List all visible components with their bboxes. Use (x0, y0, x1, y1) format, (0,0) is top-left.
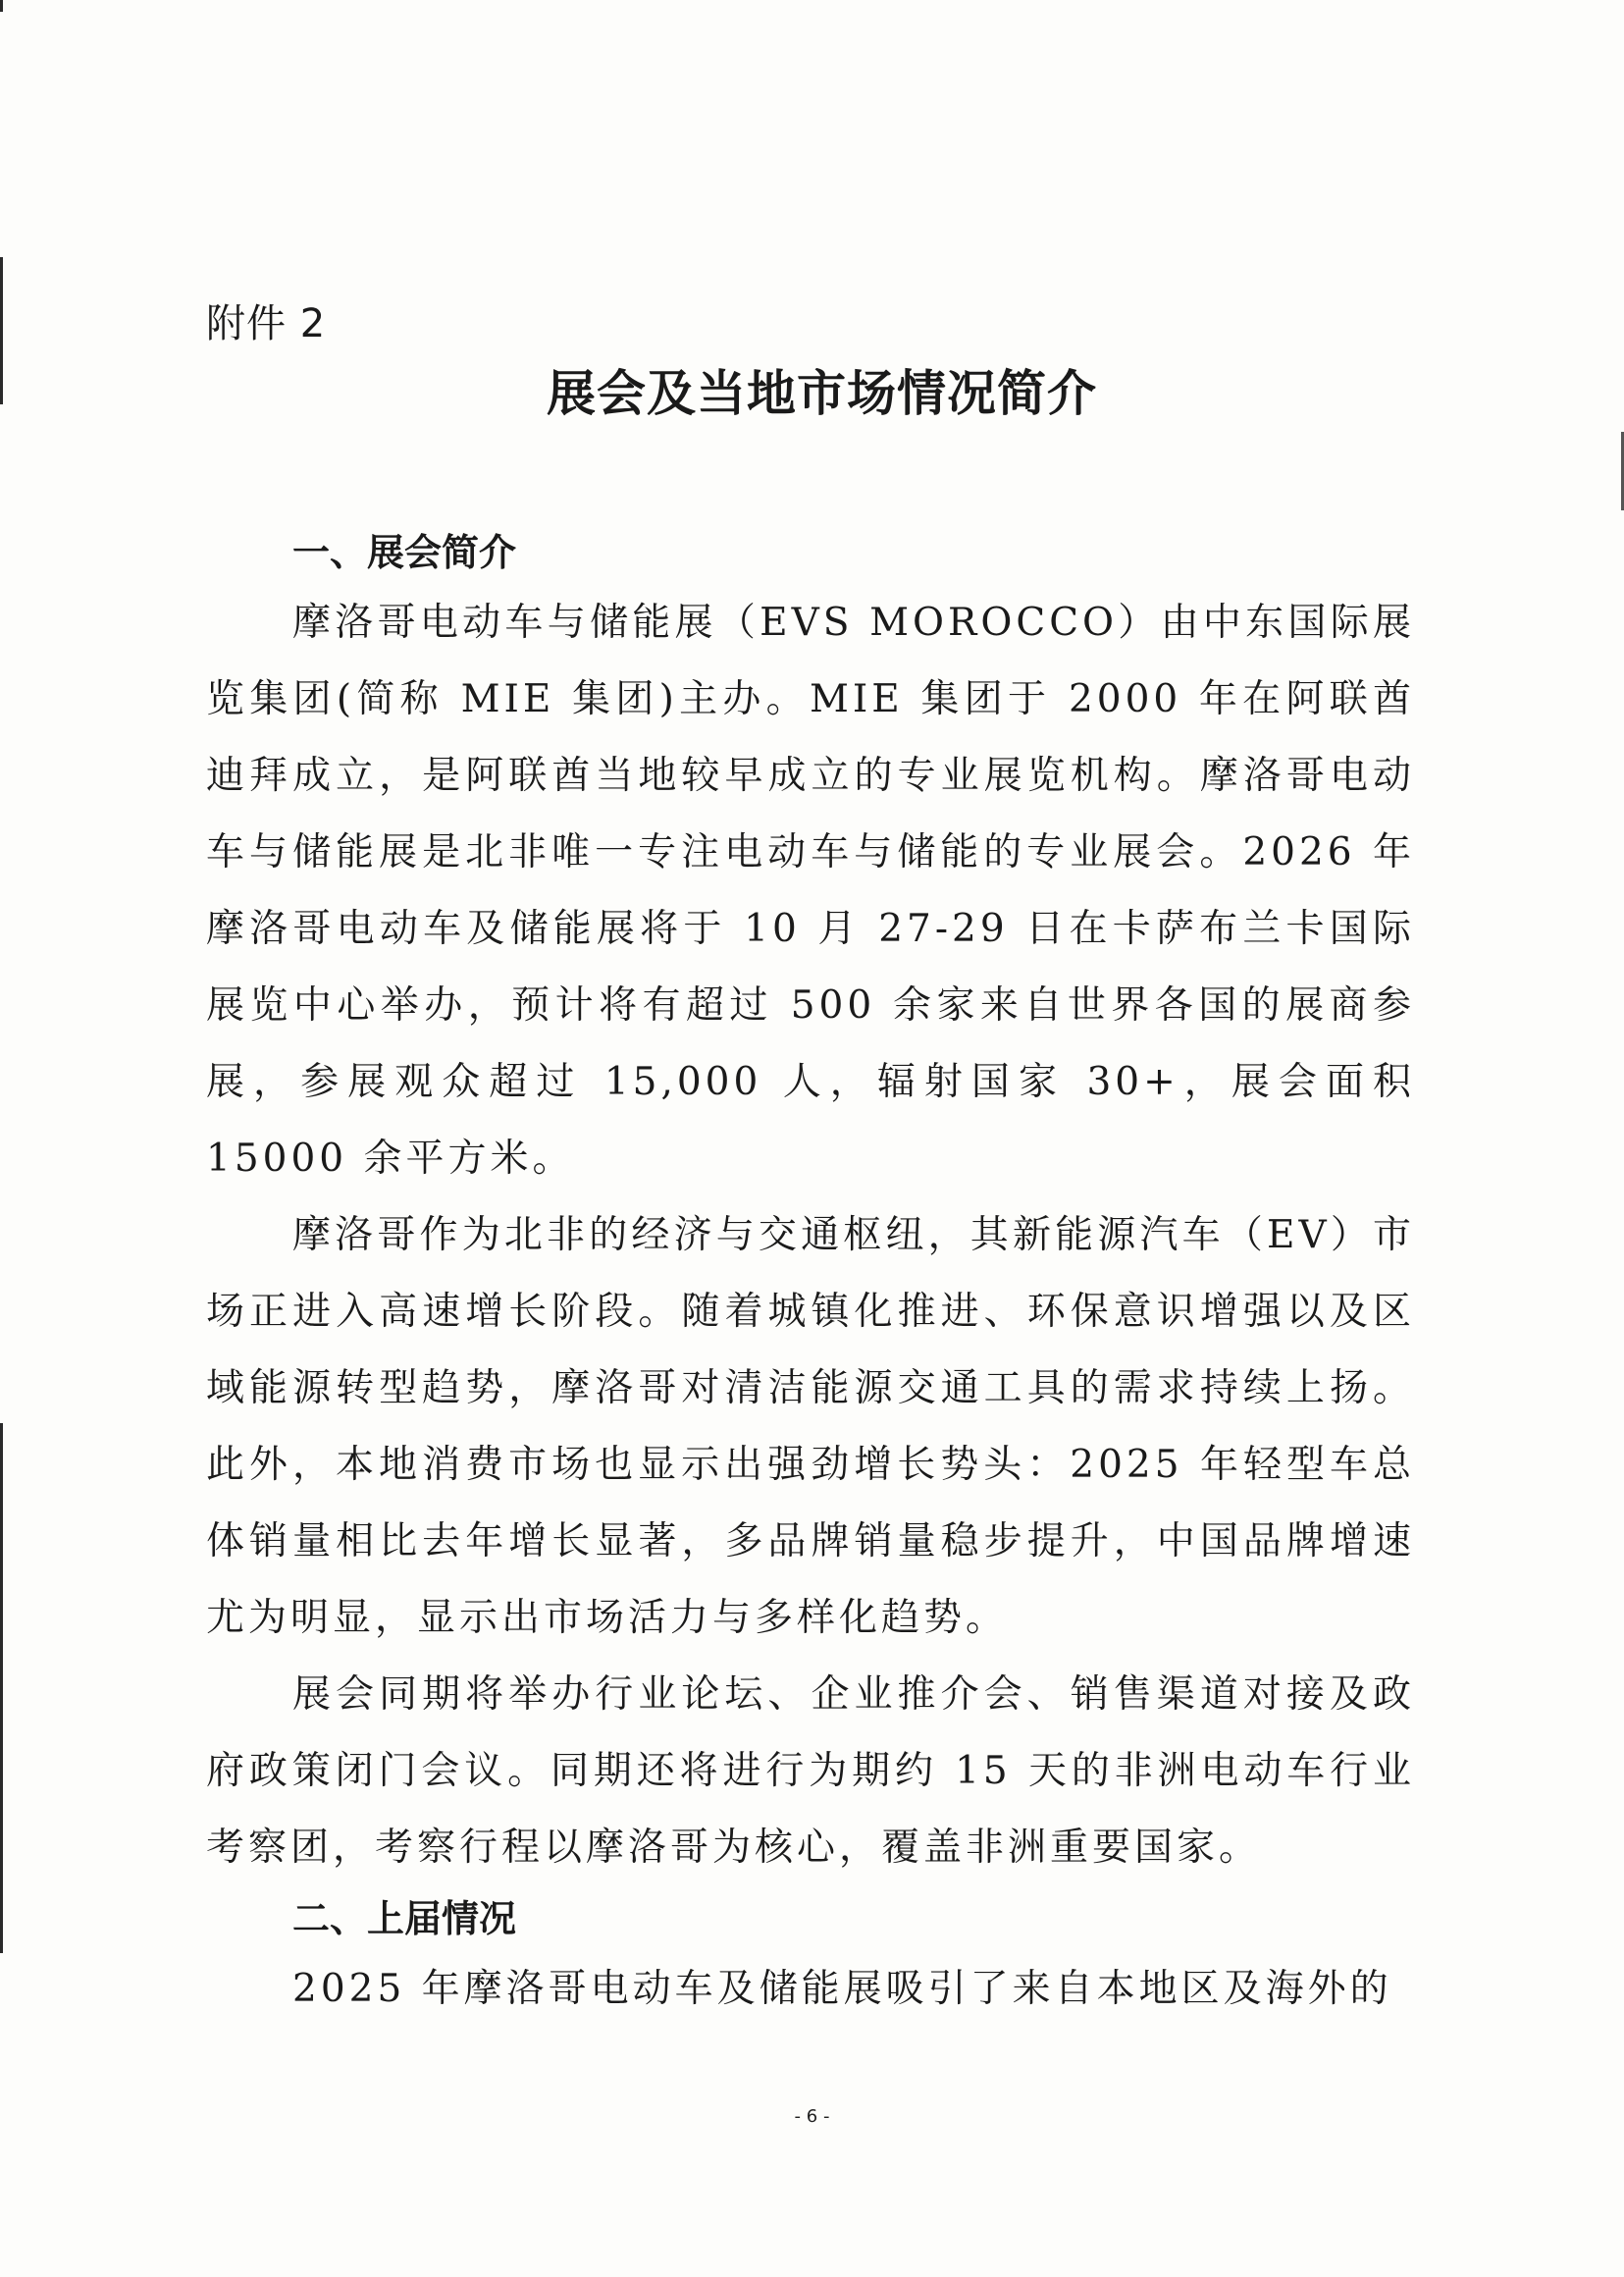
scan-edge-left (0, 1423, 3, 1953)
section-heading: 一、展会简介 (206, 520, 1415, 585)
section-previous-edition: 二、上届情况 2025 年摩洛哥电动车及储能展吸引了来自本地区及海外的 (206, 1886, 1415, 2028)
paragraph: 展会同期将举办行业论坛、企业推介会、销售渠道对接及政府政策闭门会议。同期还将进行… (206, 1657, 1415, 1886)
section-heading: 二、上届情况 (206, 1886, 1415, 1951)
document-title: 展会及当地市场情况简介 (0, 359, 1624, 428)
scan-edge-left (0, 0, 3, 12)
document-body: 一、展会简介 摩洛哥电动车与储能展（EVS MOROCCO）由中东国际展览集团(… (206, 520, 1415, 2028)
attachment-label: 附件 2 (206, 296, 326, 351)
paragraph: 摩洛哥作为北非的经济与交通枢纽，其新能源汽车（EV）市场正进入高速增长阶段。随着… (206, 1197, 1415, 1657)
paragraph: 2025 年摩洛哥电动车及储能展吸引了来自本地区及海外的 (206, 1951, 1415, 2028)
page-number: - 6 - (0, 2106, 1624, 2127)
section-exhibition-intro: 一、展会简介 摩洛哥电动车与储能展（EVS MOROCCO）由中东国际展览集团(… (206, 520, 1415, 1886)
paragraph: 摩洛哥电动车与储能展（EVS MOROCCO）由中东国际展览集团(简称 MIE … (206, 585, 1415, 1197)
